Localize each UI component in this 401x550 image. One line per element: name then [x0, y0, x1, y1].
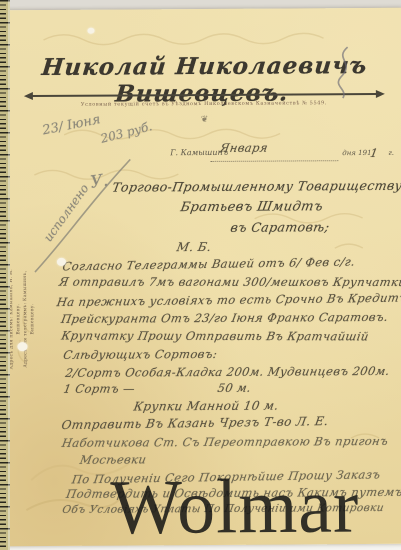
- dateline-month-handwritten: Января: [219, 141, 269, 155]
- body-line: Прейскуранта Отъ 23/го Іюня Франко Сарат…: [60, 310, 389, 326]
- margin-address-letters: Адресъ для писемъ: Камышинъ, Н. Н. Вишев…: [8, 264, 23, 374]
- addressee-line: въ Саратовѣ;: [229, 219, 330, 235]
- dateline-printed-year: дня 191: [342, 149, 371, 157]
- salutation: М. Б.: [176, 240, 213, 254]
- body-line: Крупчатку Прошу Отправить Въ Кратчайшій: [60, 329, 370, 344]
- margin-address-imprint: Адресъ для писемъ: Камышинъ, Н. Н. Вишев…: [8, 264, 37, 374]
- margin-address-telegrams: Адресъ для телеграммъ: Камышинъ, Вишевце…: [22, 264, 37, 374]
- letter-paper: Николай Николаевичъ Вишевцевъ. Условный …: [3, 8, 401, 546]
- addressee-line: Братьевъ Шмидтъ: [179, 199, 324, 215]
- ruler-edge-highlight: [8, 0, 10, 550]
- order-line: Крупки Манной 10 м.: [133, 399, 280, 414]
- order-quantity: 50 м.: [216, 381, 252, 395]
- scanned-letter: Николай Николаевичъ Вишевцевъ. Условный …: [0, 0, 401, 550]
- paper-spot: [87, 28, 94, 34]
- measuring-ruler: [0, 0, 10, 550]
- order-line: 1 Сортъ —: [62, 381, 136, 395]
- pencil-paraph-icon: [326, 44, 362, 102]
- closing-line: Наботчикова Ст. Съ Переотправкою Въ приг…: [61, 434, 390, 450]
- paper-spot: [17, 342, 27, 351]
- order-line: 2/Сортъ Особая-Кладка 200м. Мудвинцевъ 2…: [64, 364, 391, 380]
- pencil-flourish: У.: [89, 170, 109, 192]
- body-line: Слѣдующихъ Сортовъ:: [62, 347, 218, 362]
- addressee-line: Торгово-Промышленному Товариществу: [111, 178, 401, 195]
- watermark: Wolmar: [110, 462, 359, 550]
- dateline-year-suffix: г.: [388, 149, 394, 157]
- paper-spot: [57, 258, 66, 266]
- pencil-stroke-icon: [22, 149, 143, 280]
